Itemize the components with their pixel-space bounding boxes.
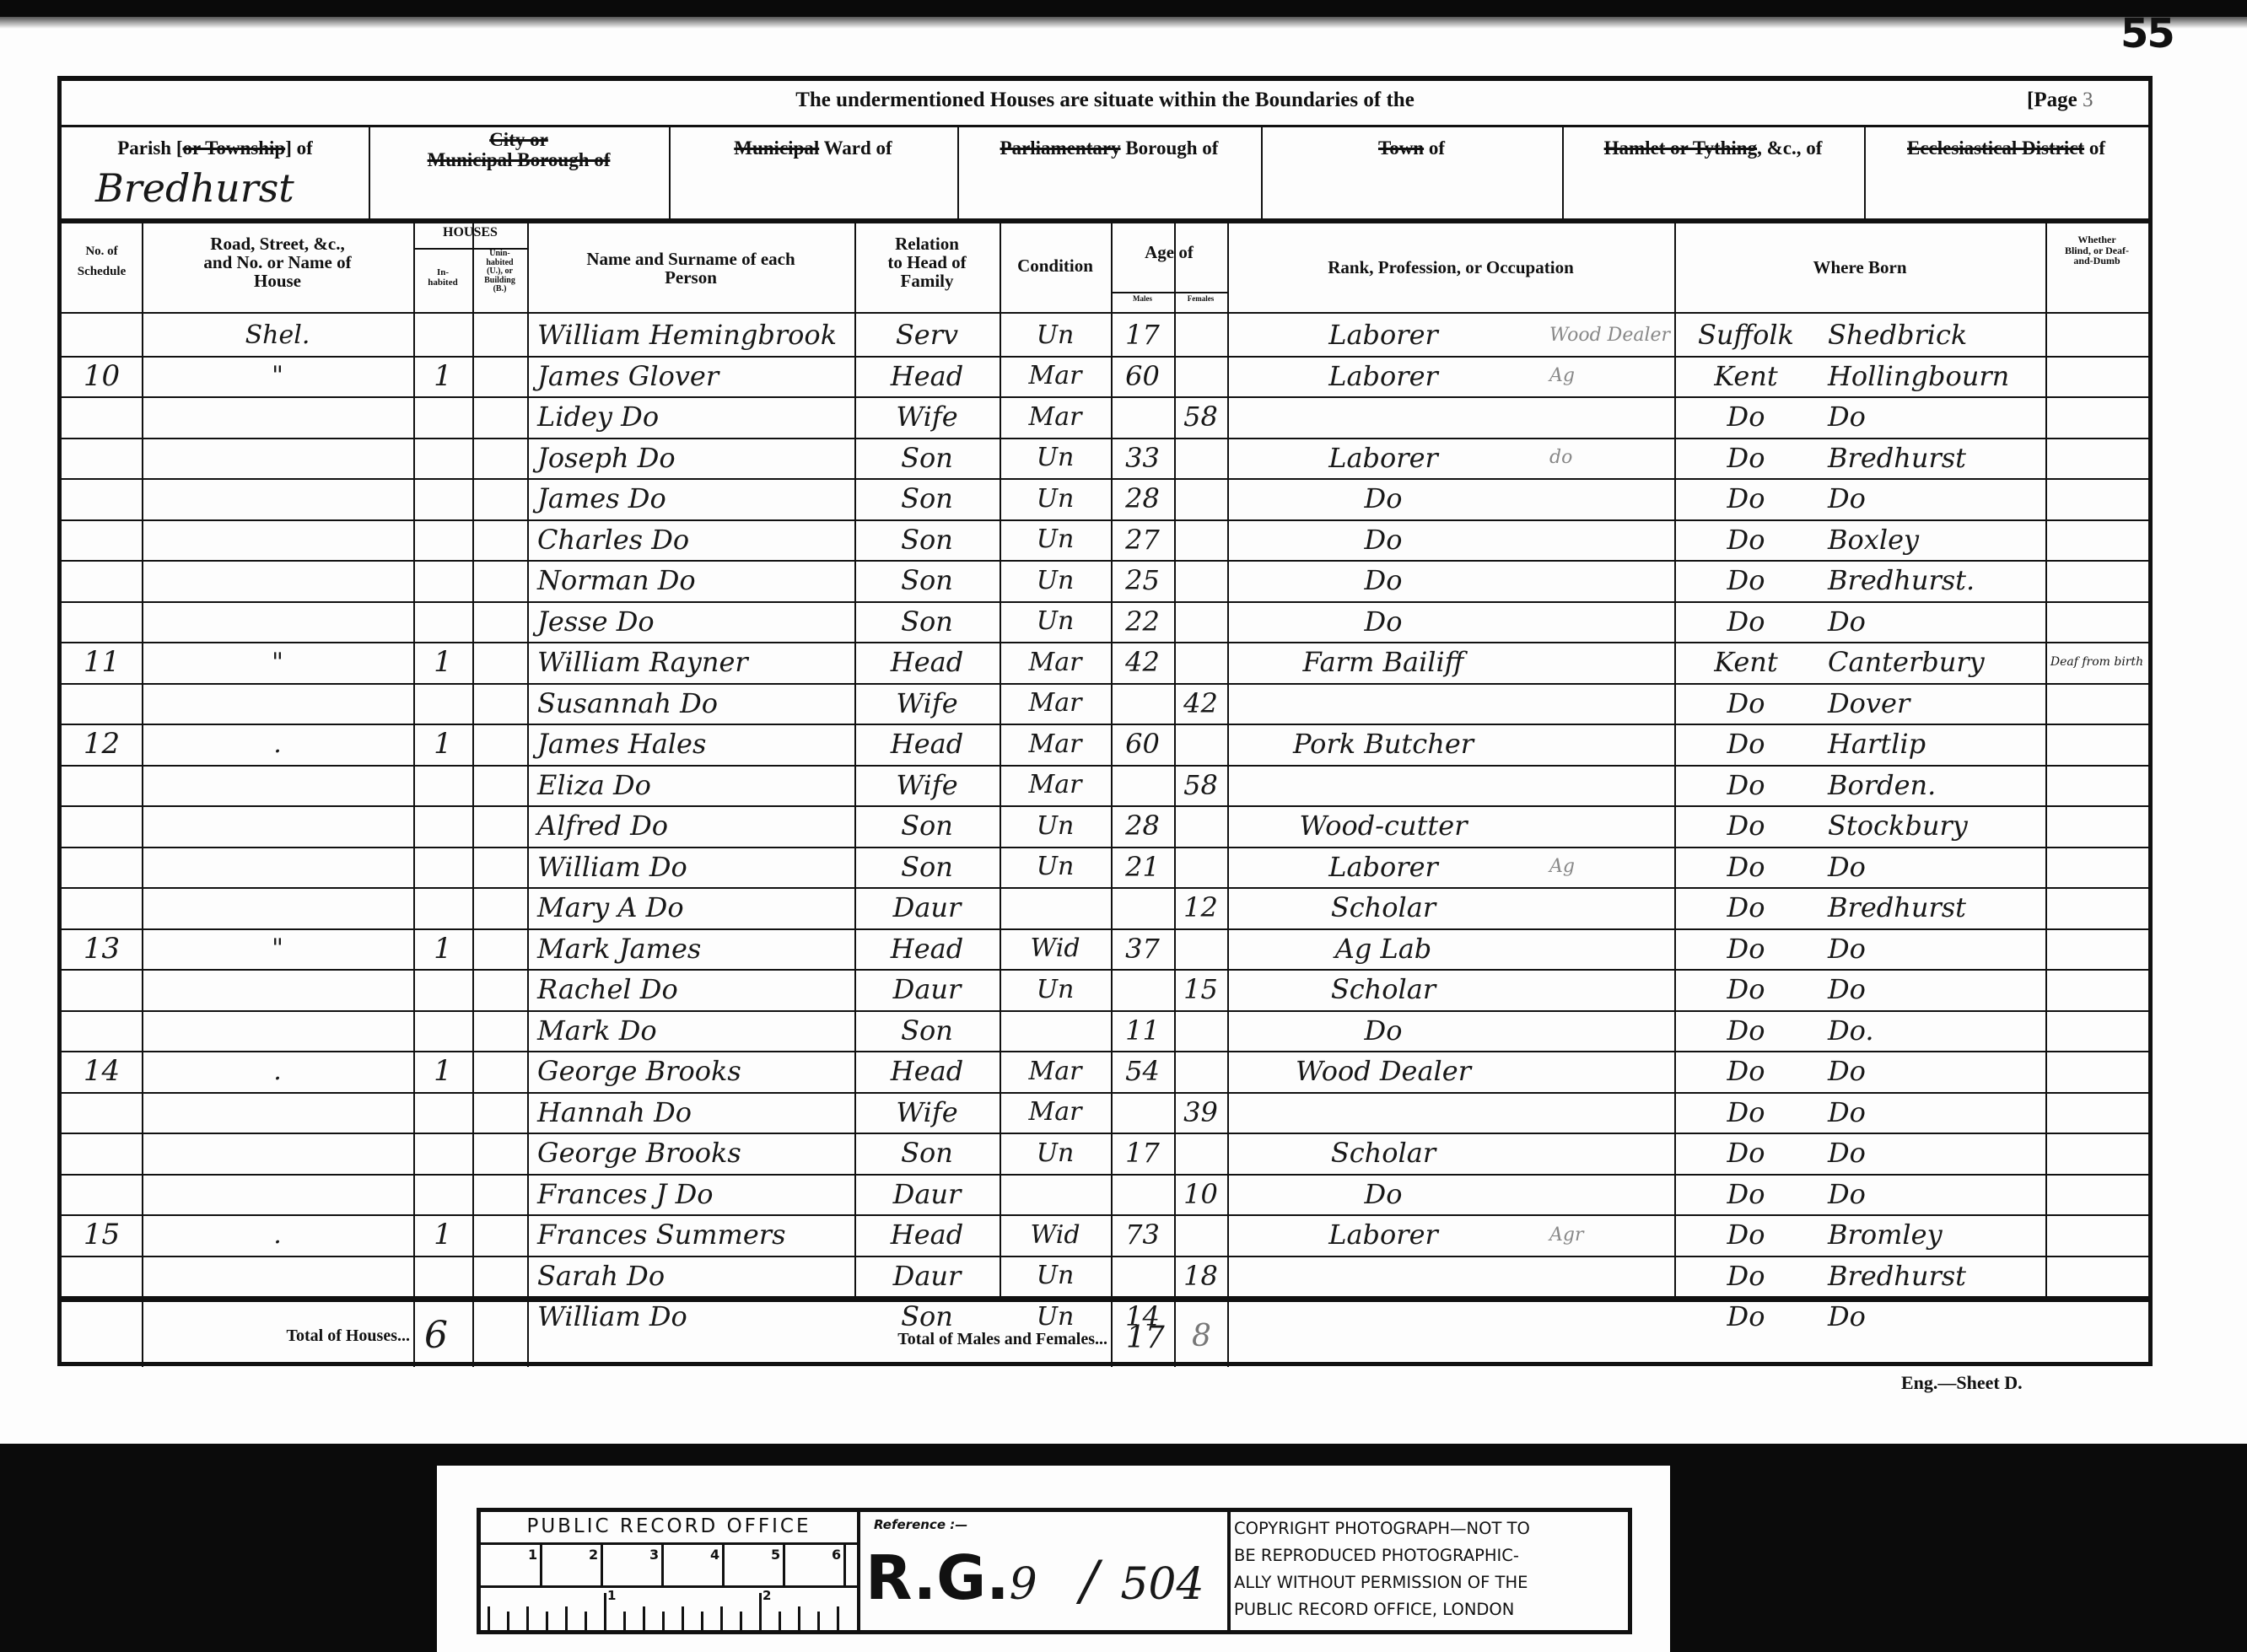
- cell-female-age: 42: [1174, 683, 1227, 724]
- cell-born-place: Stockbury: [1818, 805, 2045, 847]
- cell-relation: Wife: [854, 396, 1000, 438]
- cell-born-place: Do.: [1818, 1010, 2045, 1052]
- cell-name: Sarah Do: [527, 1256, 854, 1297]
- cell-occupation: Scholar: [1227, 969, 1539, 1010]
- ruler-panel: PUBLIC RECORD OFFICE 123456 12: [481, 1512, 860, 1630]
- table-row: Jesse DoSonUn22DoDoDo: [62, 601, 2148, 643]
- cell-occupation-note: [1539, 805, 1674, 847]
- ruler-tick: [488, 1606, 490, 1630]
- cell-occupation-note: [1539, 601, 1674, 643]
- cell-born-county: Do: [1674, 1092, 1818, 1133]
- cell-female-age: 12: [1174, 887, 1227, 928]
- cell-occupation: Wood Dealer: [1227, 1051, 1539, 1092]
- cell-occupation: [1227, 1256, 1539, 1297]
- cell-male-age: 54: [1111, 1051, 1174, 1092]
- cell-blind: [2045, 315, 2148, 356]
- copyright-line: COPYRIGHT PHOTOGRAPH—NOT TO: [1234, 1515, 1624, 1542]
- borough-label: City or Municipal Borough of: [369, 130, 669, 170]
- cell-road: [142, 1133, 413, 1174]
- divider: [62, 125, 2148, 127]
- ruler-label: 1: [607, 1588, 616, 1603]
- cell-inhabited: [413, 765, 472, 806]
- cell-name: Hannah Do: [527, 1092, 854, 1133]
- cell-relation: Wife: [854, 765, 1000, 806]
- cell-male-age: 25: [1111, 560, 1174, 601]
- cell-name: Mark James: [527, 928, 854, 970]
- cell-blind: [2045, 724, 2148, 765]
- cell-blind: Deaf from birth: [2045, 642, 2148, 683]
- cell-condition: Mar: [1000, 683, 1111, 724]
- cell-female-age: [1174, 1133, 1227, 1174]
- cell-male-age: 17: [1111, 315, 1174, 356]
- cell-schedule: [62, 805, 142, 847]
- cell-inhabited: [413, 396, 472, 438]
- cell-female-age: [1174, 805, 1227, 847]
- col-header-text: Name and Surname of each: [527, 250, 854, 268]
- cell-inhabited: [413, 847, 472, 888]
- cell-blind: [2045, 438, 2148, 479]
- cell-born-county: Do: [1674, 1133, 1818, 1174]
- cell-road: [142, 1092, 413, 1133]
- total-houses-value: 6: [424, 1314, 448, 1357]
- cell-name: Lidey Do: [527, 396, 854, 438]
- cell-road: [142, 519, 413, 561]
- table-row: Frances J DoDaur10DoDoDo: [62, 1174, 2148, 1215]
- cell-road: [142, 765, 413, 806]
- cell-blind: [2045, 1092, 2148, 1133]
- cell-occupation-note: [1539, 928, 1674, 970]
- cell-occupation: Do: [1227, 519, 1539, 561]
- col-header-females: Females: [1174, 295, 1227, 303]
- cell-occupation: Do: [1227, 1010, 1539, 1052]
- cell-schedule: [62, 969, 142, 1010]
- cell-occupation-note: [1539, 1051, 1674, 1092]
- cell-condition: Un: [1000, 969, 1111, 1010]
- cell-condition: Mar: [1000, 642, 1111, 683]
- cell-relation: Daur: [854, 969, 1000, 1010]
- ruler-tick: [643, 1606, 645, 1630]
- cell-condition: Un: [1000, 438, 1111, 479]
- ruler-tick: [662, 1612, 665, 1630]
- cell-born-county: Do: [1674, 683, 1818, 724]
- cell-born-county: Do: [1674, 969, 1818, 1010]
- cell-condition: [1000, 1010, 1111, 1052]
- ward-label: Municipal Ward of: [669, 138, 957, 159]
- cell-blind: [2045, 560, 2148, 601]
- cell-relation: Daur: [854, 1256, 1000, 1297]
- cell-name: Eliza Do: [527, 765, 854, 806]
- cell-blind: [2045, 601, 2148, 643]
- ruler-tick: [682, 1606, 684, 1630]
- cell-born-place: Hollingbourn: [1818, 356, 2045, 397]
- cell-born-place: Shedbrick: [1818, 315, 2045, 356]
- cell-male-age: 73: [1111, 1214, 1174, 1256]
- table-row: Norman DoSonUn25DoDoBredhurst.: [62, 560, 2148, 601]
- cell-name: Norman Do: [527, 560, 854, 601]
- cell-schedule: [62, 396, 142, 438]
- cell-male-age: [1111, 969, 1174, 1010]
- cell-occupation-note: do: [1539, 438, 1674, 479]
- cell-occupation-note: Ag: [1539, 356, 1674, 397]
- cell-schedule: [62, 1174, 142, 1215]
- cell-relation: Son: [854, 805, 1000, 847]
- cell-male-age: [1111, 887, 1174, 928]
- cell-born-place: Bredhurst.: [1818, 560, 2045, 601]
- row-rule: [62, 312, 2148, 314]
- cell-occupation-note: Ag: [1539, 847, 1674, 888]
- col-header-males: Males: [1111, 295, 1174, 303]
- cell-relation: Son: [854, 601, 1000, 643]
- cell-inhabited: [413, 438, 472, 479]
- cell-name: Frances Summers: [527, 1214, 854, 1256]
- cell-condition: Mar: [1000, 1092, 1111, 1133]
- divider: [62, 1297, 2148, 1302]
- page-label: [Page: [2027, 89, 2077, 111]
- cell-born-place: Do: [1818, 1051, 2045, 1092]
- cell-name: James Do: [527, 478, 854, 519]
- cell-born-place: Bromley: [1818, 1214, 2045, 1256]
- ruler-tick: [783, 1545, 785, 1585]
- cell-occupation: [1227, 396, 1539, 438]
- ruler-label: 2: [589, 1547, 598, 1563]
- cell-blind: [2045, 1051, 2148, 1092]
- cell-blind: [2045, 969, 2148, 1010]
- ruler-tick: [565, 1606, 568, 1630]
- cell-male-age: 28: [1111, 805, 1174, 847]
- cell-relation: Head: [854, 1051, 1000, 1092]
- reference-label: Reference :—: [874, 1517, 967, 1532]
- cell-occupation: Ag Lab: [1227, 928, 1539, 970]
- cell-schedule: [62, 847, 142, 888]
- cell-relation: Son: [854, 478, 1000, 519]
- col-header-text: House: [142, 272, 413, 290]
- cell-born-place: Bredhurst: [1818, 1256, 2045, 1297]
- cell-female-age: [1174, 928, 1227, 970]
- hamlet-label: Hamlet or Tything, &c., of: [1562, 138, 1864, 159]
- table-row: Charles DoSonUn27DoDoBoxley: [62, 519, 2148, 561]
- cell-occupation-note: [1539, 1010, 1674, 1052]
- ruler-tick: [623, 1612, 626, 1630]
- cell-born-county: Do: [1674, 478, 1818, 519]
- cell-schedule: [62, 1133, 142, 1174]
- cell-schedule: 13: [62, 928, 142, 970]
- cell-road: [142, 601, 413, 643]
- cell-female-age: 58: [1174, 765, 1227, 806]
- cell-name: James Glover: [527, 356, 854, 397]
- cell-occupation-note: [1539, 1296, 1674, 1337]
- cell-road: [142, 969, 413, 1010]
- cell-male-age: 42: [1111, 642, 1174, 683]
- cell-born-county: Do: [1674, 1051, 1818, 1092]
- col-header-text: No. of: [62, 245, 142, 259]
- cell-female-age: [1174, 724, 1227, 765]
- borough-label-line1: City or: [369, 130, 669, 150]
- cell-road: [142, 847, 413, 888]
- col-header-text: and No. or Name of: [142, 253, 413, 272]
- cell-road: [142, 805, 413, 847]
- table-row: 10"1James GloverHeadMar60LaborerAgKentHo…: [62, 356, 2148, 397]
- scan-shadow: [0, 17, 2247, 29]
- cell-female-age: 10: [1174, 1174, 1227, 1215]
- cell-condition: Un: [1000, 315, 1111, 356]
- cell-name: William Hemingbrook: [527, 315, 854, 356]
- cell-occupation-note: [1539, 1133, 1674, 1174]
- cell-schedule: [62, 519, 142, 561]
- col-header-age: Age of: [1111, 243, 1227, 261]
- cell-male-age: 11: [1111, 1010, 1174, 1052]
- ruler-tick: [720, 1606, 723, 1630]
- cell-relation: Daur: [854, 887, 1000, 928]
- cell-occupation: Pork Butcher: [1227, 724, 1539, 765]
- cell-schedule: [62, 601, 142, 643]
- col-header-name: Name and Surname of each Person: [527, 250, 854, 287]
- cell-inhabited: 1: [413, 642, 472, 683]
- ruler-tick: [779, 1612, 781, 1630]
- parliamentary-label: Parliamentary Borough of: [957, 138, 1261, 159]
- col-header-uninhabited: Unin- habited (U.), or Building (B.): [472, 250, 527, 294]
- cell-female-age: [1174, 560, 1227, 601]
- cell-occupation: Do: [1227, 1174, 1539, 1215]
- cell-blind: [2045, 887, 2148, 928]
- cell-inhabited: 1: [413, 1051, 472, 1092]
- cell-relation: Head: [854, 356, 1000, 397]
- cell-blind: [2045, 847, 2148, 888]
- cell-born-place: Do: [1818, 601, 2045, 643]
- cell-occupation-note: [1539, 887, 1674, 928]
- cell-condition: Mar: [1000, 396, 1111, 438]
- cell-relation: Wife: [854, 1092, 1000, 1133]
- copyright-line: ALLY WITHOUT PERMISSION OF THE: [1234, 1569, 1624, 1596]
- cell-relation: Wife: [854, 683, 1000, 724]
- cell-name: Frances J Do: [527, 1174, 854, 1215]
- cell-name: Susannah Do: [527, 683, 854, 724]
- cell-occupation: Do: [1227, 601, 1539, 643]
- cell-born-county: Do: [1674, 1174, 1818, 1215]
- ruler-label: 6: [832, 1547, 841, 1563]
- cell-inhabited: [413, 1092, 472, 1133]
- ruler-tick: [837, 1606, 839, 1630]
- cell-relation: Son: [854, 438, 1000, 479]
- cell-condition: [1000, 1174, 1111, 1215]
- cell-relation: Head: [854, 928, 1000, 970]
- cell-born-county: Do: [1674, 560, 1818, 601]
- cell-road: [142, 683, 413, 724]
- table-row: 12.1James HalesHeadMar60Pork ButcherDoHa…: [62, 724, 2148, 765]
- col-header-text: and-Dumb: [2045, 256, 2148, 266]
- cell-blind: [2045, 805, 2148, 847]
- ruler-tick: [601, 1545, 603, 1585]
- col-header-condition: Condition: [1000, 256, 1111, 275]
- ruler-inches: 123456: [481, 1545, 857, 1585]
- cell-male-age: 37: [1111, 928, 1174, 970]
- cell-male-age: [1111, 683, 1174, 724]
- cell-occupation-note: [1539, 1174, 1674, 1215]
- cell-schedule: [62, 887, 142, 928]
- cell-condition: Un: [1000, 560, 1111, 601]
- cell-occupation: Laborer: [1227, 356, 1539, 397]
- cell-born-county: Do: [1674, 1256, 1818, 1297]
- cell-relation: Head: [854, 1214, 1000, 1256]
- cell-male-age: 17: [1111, 1133, 1174, 1174]
- total-houses-label: Total of Houses...: [142, 1327, 410, 1345]
- col-header-text: habited: [413, 278, 472, 288]
- cell-name: Charles Do: [527, 519, 854, 561]
- cell-blind: [2045, 396, 2148, 438]
- cell-occupation: Scholar: [1227, 1133, 1539, 1174]
- cell-schedule: [62, 560, 142, 601]
- cell-occupation: [1227, 1092, 1539, 1133]
- cell-road: [142, 396, 413, 438]
- borough-label-line2: Municipal Borough of: [369, 150, 669, 170]
- cell-occupation-note: [1539, 1256, 1674, 1297]
- cell-road: Shel.: [142, 315, 413, 356]
- cell-born-county: Do: [1674, 1214, 1818, 1256]
- cell-occupation-note: [1539, 478, 1674, 519]
- cell-occupation: Laborer: [1227, 847, 1539, 888]
- col-header-inhabited: In- habited: [413, 268, 472, 288]
- table-row: William DoSonUn21LaborerAgDoDo: [62, 847, 2148, 888]
- cell-inhabited: [413, 519, 472, 561]
- col-header-houses: HOUSES: [413, 226, 527, 240]
- cell-blind: [2045, 478, 2148, 519]
- cell-name: George Brooks: [527, 1133, 854, 1174]
- cell-schedule: 14: [62, 1051, 142, 1092]
- col-header-text: Person: [527, 268, 854, 287]
- cell-inhabited: [413, 1174, 472, 1215]
- cell-condition: Un: [1000, 805, 1111, 847]
- cell-condition: Un: [1000, 519, 1111, 561]
- cell-condition: Un: [1000, 1133, 1111, 1174]
- cell-name: Joseph Do: [527, 438, 854, 479]
- ruler-tick: [585, 1612, 587, 1630]
- cell-female-age: [1174, 315, 1227, 356]
- cell-occupation-note: [1539, 519, 1674, 561]
- cell-born-county: Do: [1674, 1010, 1818, 1052]
- cell-road: [142, 1256, 413, 1297]
- scan-top-edge: [0, 0, 2247, 19]
- ruler-tick: [740, 1612, 742, 1630]
- folio-number: 55: [2120, 10, 2174, 57]
- cell-female-age: 18: [1174, 1256, 1227, 1297]
- cell-schedule: 11: [62, 642, 142, 683]
- cell-female-age: [1174, 356, 1227, 397]
- cell-condition: Mar: [1000, 356, 1111, 397]
- cell-occupation: Farm Bailiff: [1227, 642, 1539, 683]
- cell-road: [142, 478, 413, 519]
- cell-occupation-note: [1539, 1092, 1674, 1133]
- cell-occupation: [1227, 1296, 1539, 1337]
- table-row: Shel.William HemingbrookServUn17LaborerW…: [62, 315, 2148, 356]
- cell-inhabited: 1: [413, 724, 472, 765]
- cell-name: Jesse Do: [527, 601, 854, 643]
- cell-male-age: [1111, 1256, 1174, 1297]
- cell-blind: [2045, 1296, 2148, 1337]
- total-females-value: 8: [1192, 1319, 1211, 1353]
- ruler-label: 4: [710, 1547, 719, 1563]
- cell-born-place: Do: [1818, 1174, 2045, 1215]
- cell-road: ": [142, 642, 413, 683]
- copyright-notice: COPYRIGHT PHOTOGRAPH—NOT TO BE REPRODUCE…: [1234, 1515, 1624, 1623]
- divider: [62, 218, 2148, 223]
- cell-born-county: Do: [1674, 847, 1818, 888]
- cell-born-place: Do: [1818, 478, 2045, 519]
- cell-female-age: 15: [1174, 969, 1227, 1010]
- cell-born-county: Do: [1674, 438, 1818, 479]
- cell-road: .: [142, 1214, 413, 1256]
- ruler-label: 1: [528, 1547, 537, 1563]
- col-header-road: Road, Street, &c., and No. or Name of Ho…: [142, 234, 413, 290]
- cell-name: Alfred Do: [527, 805, 854, 847]
- archive-label: PUBLIC RECORD OFFICE 123456 12 Reference…: [477, 1508, 1632, 1634]
- cell-born-county: Kent: [1674, 642, 1818, 683]
- cell-condition: Wid: [1000, 1214, 1111, 1256]
- cell-born-county: Do: [1674, 396, 1818, 438]
- col-header-text: In-: [413, 268, 472, 278]
- cell-inhabited: 1: [413, 928, 472, 970]
- page-number: 3: [2083, 89, 2093, 111]
- parish-label: Parish [or Township] of: [62, 138, 369, 159]
- cell-female-age: [1174, 847, 1227, 888]
- cell-name: William Do: [527, 847, 854, 888]
- reference-number: R.G.9 /504: [865, 1542, 1204, 1613]
- cell-inhabited: [413, 315, 472, 356]
- cell-inhabited: [413, 601, 472, 643]
- table-row: Mark DoSon11DoDoDo.: [62, 1010, 2148, 1052]
- cell-occupation-note: [1539, 724, 1674, 765]
- table-row: Hannah DoWifeMar39DoDo: [62, 1092, 2148, 1133]
- cell-born-place: Do: [1818, 1092, 2045, 1133]
- cell-blind: [2045, 356, 2148, 397]
- cell-male-age: 22: [1111, 601, 1174, 643]
- col-header-text: Whether: [2045, 234, 2148, 245]
- cell-schedule: 15: [62, 1214, 142, 1256]
- cell-male-age: 28: [1111, 478, 1174, 519]
- cell-occupation: Laborer: [1227, 315, 1539, 356]
- cell-condition: [1000, 887, 1111, 928]
- cell-schedule: 10: [62, 356, 142, 397]
- cell-occupation: [1227, 683, 1539, 724]
- col-header-text: Schedule: [62, 266, 142, 279]
- cell-female-age: [1174, 438, 1227, 479]
- cell-female-age: [1174, 642, 1227, 683]
- col-header-blind: Whether Blind, or Deaf- and-Dumb: [2045, 234, 2148, 266]
- cell-male-age: [1111, 396, 1174, 438]
- cell-born-county: Do: [1674, 519, 1818, 561]
- cell-male-age: [1111, 1092, 1174, 1133]
- cell-road: [142, 887, 413, 928]
- cell-born-county: Do: [1674, 805, 1818, 847]
- ruler-tick: [798, 1606, 800, 1630]
- cell-condition: Un: [1000, 1256, 1111, 1297]
- cell-born-place: Bredhurst: [1818, 887, 2045, 928]
- cell-name: Mark Do: [527, 1010, 854, 1052]
- ruler-label: 5: [771, 1547, 780, 1563]
- cell-male-age: 27: [1111, 519, 1174, 561]
- cell-road: [142, 560, 413, 601]
- cell-blind: [2045, 765, 2148, 806]
- cell-schedule: [62, 478, 142, 519]
- ruler-label: 3: [649, 1547, 659, 1563]
- cell-condition: Mar: [1000, 765, 1111, 806]
- cell-schedule: [62, 1256, 142, 1297]
- cell-male-age: 60: [1111, 724, 1174, 765]
- cell-road: .: [142, 724, 413, 765]
- cell-condition: Un: [1000, 478, 1111, 519]
- cell-occupation-note: [1539, 969, 1674, 1010]
- cell-occupation: Wood-cutter: [1227, 805, 1539, 847]
- ruler-tick: [604, 1593, 606, 1630]
- cell-blind: [2045, 1010, 2148, 1052]
